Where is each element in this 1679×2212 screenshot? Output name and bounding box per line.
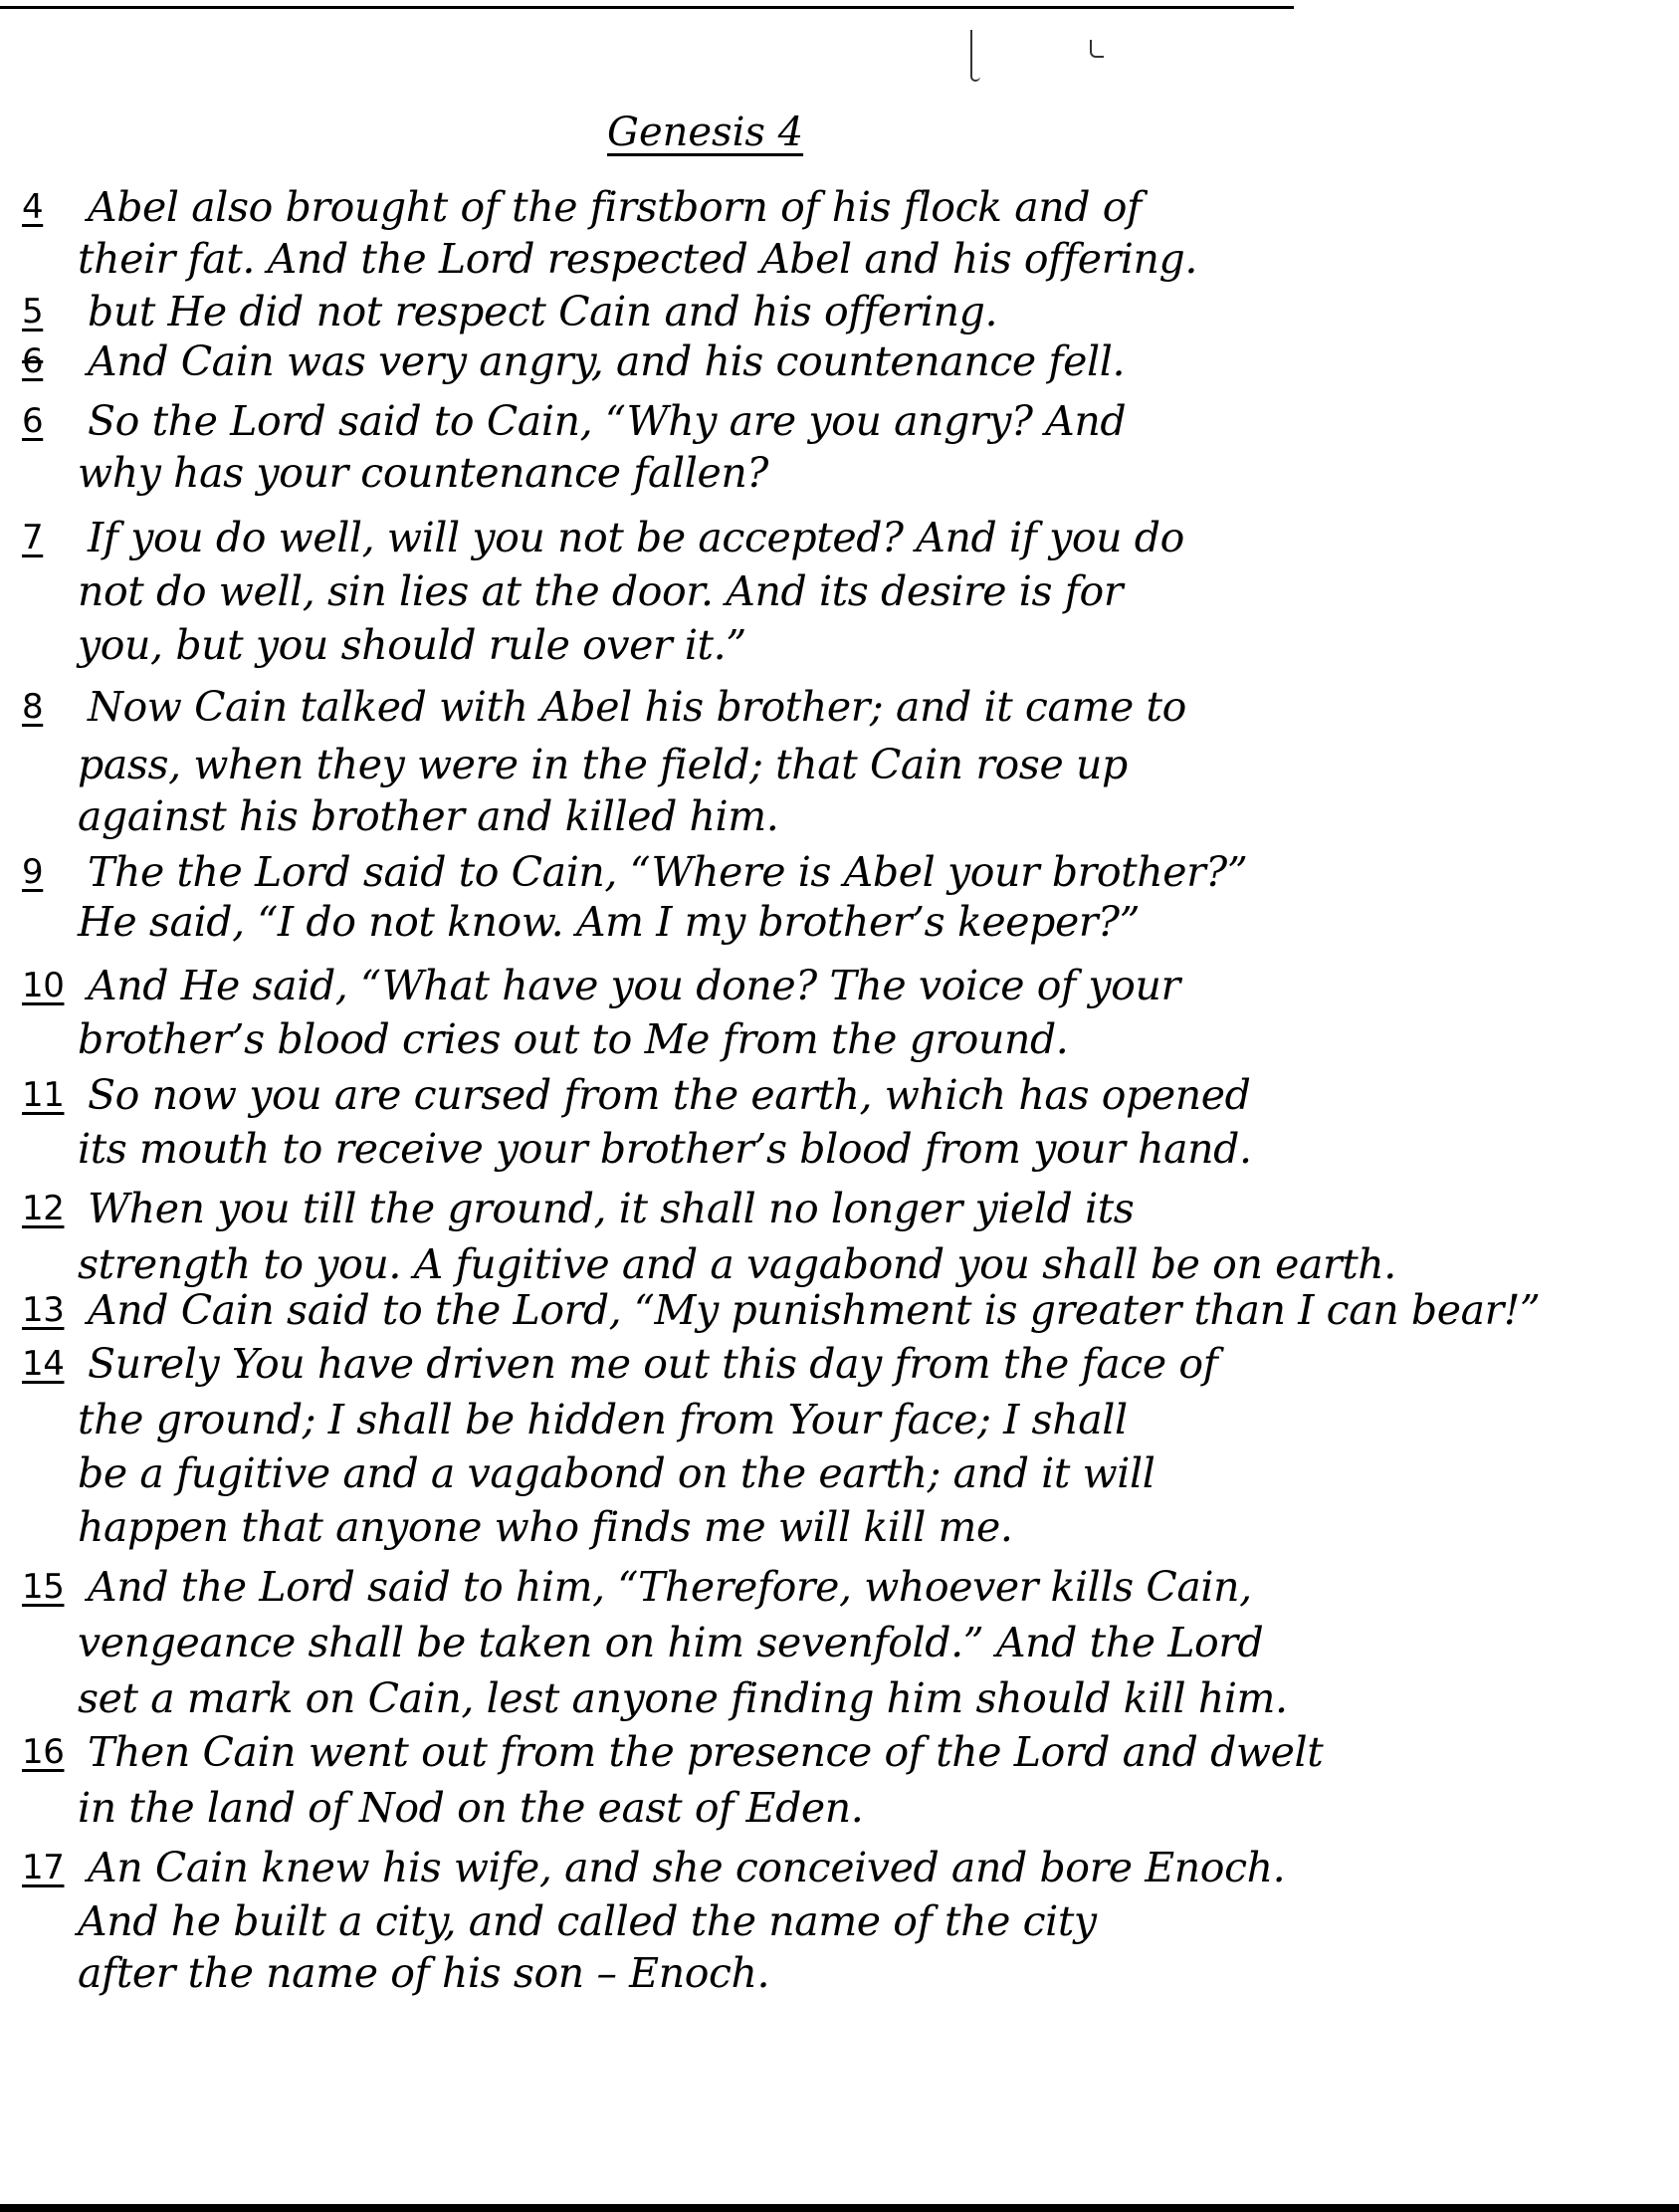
verse-line-start: 8Now Cain talked with Abel his brother; … bbox=[0, 679, 1679, 735]
verse-text: The the Lord said to Cain, “Where is Abe… bbox=[88, 844, 1247, 900]
verse-line-continuation: pass, when they were in the field; that … bbox=[0, 737, 1679, 792]
verse-text: be a fugitive and a vagabond on the eart… bbox=[78, 1445, 1154, 1501]
verse-line-start: 7If you do well, will you not be accepte… bbox=[0, 510, 1679, 565]
verse-text: And He said, “What have you done? The vo… bbox=[88, 958, 1180, 1013]
verse-number: 5 bbox=[22, 284, 74, 339]
verse-text: brother’s blood cries out to Me from the… bbox=[78, 1011, 1068, 1067]
verse-line-continuation: their fat. And the Lord respected Abel a… bbox=[0, 231, 1679, 287]
verse-line-start: 10And He said, “What have you done? The … bbox=[0, 958, 1679, 1013]
verse-number: 7 bbox=[22, 510, 74, 565]
verse-line-continuation: in the land of Nod on the east of Eden. bbox=[0, 1780, 1679, 1836]
verse-number: 11 bbox=[22, 1067, 74, 1123]
verse-line-continuation: against his brother and killed him. bbox=[0, 788, 1679, 844]
verse-text: its mouth to receive your brother’s bloo… bbox=[78, 1121, 1252, 1177]
verse-line-continuation: its mouth to receive your brother’s bloo… bbox=[0, 1121, 1679, 1177]
verse-number: 14 bbox=[22, 1336, 74, 1392]
verse-line-start: 6So the Lord said to Cain, “Why are you … bbox=[0, 393, 1679, 449]
verse-line-start: 12When you till the ground, it shall no … bbox=[0, 1181, 1679, 1236]
verse-line-continuation: be a fugitive and a vagabond on the eart… bbox=[0, 1445, 1679, 1501]
verse-text: pass, when they were in the field; that … bbox=[78, 737, 1128, 792]
verse-text: And the Lord said to him, “Therefore, wh… bbox=[88, 1559, 1252, 1615]
verse-line-continuation: brother’s blood cries out to Me from the… bbox=[0, 1011, 1679, 1067]
verse-line-start: 17An Cain knew his wife, and she conceiv… bbox=[0, 1840, 1679, 1895]
verse-text: Now Cain talked with Abel his brother; a… bbox=[88, 679, 1186, 735]
verse-line-start: 16Then Cain went out from the presence o… bbox=[0, 1724, 1679, 1780]
verse-number: 17 bbox=[22, 1840, 74, 1895]
verse-text: And Cain was very angry, and his counten… bbox=[88, 333, 1125, 389]
verse-text: after the name of his son – Enoch. bbox=[78, 1945, 769, 2001]
verse-text: An Cain knew his wife, and she conceived… bbox=[88, 1840, 1285, 1895]
stray-pen-mark bbox=[1090, 40, 1104, 58]
verse-line-start: 15And the Lord said to him, “Therefore, … bbox=[0, 1559, 1679, 1615]
verse-line-continuation: not do well, sin lies at the door. And i… bbox=[0, 563, 1679, 619]
verse-number: 10 bbox=[22, 958, 74, 1013]
verse-line-continuation: why has your countenance fallen? bbox=[0, 445, 1679, 501]
verse-text: Then Cain went out from the presence of … bbox=[88, 1724, 1323, 1780]
verse-line-continuation: after the name of his son – Enoch. bbox=[0, 1945, 1679, 2001]
verse-line-start: 14Surely You have driven me out this day… bbox=[0, 1336, 1679, 1392]
verse-text: happen that anyone who finds me will kil… bbox=[78, 1499, 1013, 1555]
scan-edge-bottom bbox=[0, 2204, 1679, 2212]
verse-text: in the land of Nod on the east of Eden. bbox=[78, 1780, 863, 1836]
verse-number: 6 bbox=[22, 393, 74, 449]
verse-text: And he built a city, and called the name… bbox=[78, 1893, 1097, 1949]
verse-line-continuation: you, but you should rule over it.” bbox=[0, 617, 1679, 673]
verse-text: Surely You have driven me out this day f… bbox=[88, 1336, 1217, 1392]
verse-number: 13 bbox=[22, 1282, 74, 1338]
verse-number: 9 bbox=[22, 844, 74, 900]
verse-line-start: 11So now you are cursed from the earth, … bbox=[0, 1067, 1679, 1123]
verse-text: set a mark on Cain, lest anyone finding … bbox=[78, 1670, 1288, 1726]
verse-line-continuation: And he built a city, and called the name… bbox=[0, 1893, 1679, 1949]
verse-number: 8 bbox=[22, 679, 74, 735]
verse-text: the ground; I shall be hidden from Your … bbox=[78, 1392, 1128, 1447]
verse-line-continuation: the ground; I shall be hidden from Your … bbox=[0, 1392, 1679, 1447]
verse-number: 4 bbox=[22, 179, 74, 235]
verse-line-continuation: He said, “I do not know. Am I my brother… bbox=[0, 894, 1679, 950]
verse-number: 15 bbox=[22, 1559, 74, 1615]
verse-line-start: 9The the Lord said to Cain, “Where is Ab… bbox=[0, 844, 1679, 900]
verse-text: When you till the ground, it shall no lo… bbox=[88, 1181, 1134, 1236]
verse-text: And Cain said to the Lord, “My punishmen… bbox=[88, 1282, 1540, 1338]
verse-line-continuation: happen that anyone who finds me will kil… bbox=[0, 1499, 1679, 1555]
verse-text: vengeance shall be taken on him sevenfol… bbox=[78, 1615, 1263, 1670]
stray-pen-mark bbox=[970, 30, 980, 82]
verse-number: 16 bbox=[22, 1724, 74, 1780]
verse-line-start: 5but He did not respect Cain and his off… bbox=[0, 284, 1679, 339]
verse-text: Abel also brought of the firstborn of hi… bbox=[88, 179, 1142, 235]
verse-text: So now you are cursed from the earth, wh… bbox=[88, 1067, 1250, 1123]
verse-number-struck: 6 bbox=[22, 333, 74, 389]
verse-number: 12 bbox=[22, 1181, 74, 1236]
scan-edge-top bbox=[0, 6, 1294, 9]
verse-line-start: 13And Cain said to the Lord, “My punishm… bbox=[0, 1282, 1679, 1338]
handwritten-page: Genesis 4 4Abel also brought of the firs… bbox=[0, 0, 1679, 2212]
verse-text: their fat. And the Lord respected Abel a… bbox=[78, 231, 1197, 287]
verse-line-continuation: set a mark on Cain, lest anyone finding … bbox=[0, 1670, 1679, 1726]
verse-text: He said, “I do not know. Am I my brother… bbox=[78, 894, 1140, 950]
page-title: Genesis 4 bbox=[607, 108, 906, 157]
verse-text: So the Lord said to Cain, “Why are you a… bbox=[88, 393, 1126, 449]
verse-text: If you do well, will you not be accepted… bbox=[88, 510, 1184, 565]
verse-text: against his brother and killed him. bbox=[78, 788, 778, 844]
verse-line-continuation: vengeance shall be taken on him sevenfol… bbox=[0, 1615, 1679, 1670]
verse-text: you, but you should rule over it.” bbox=[78, 617, 746, 673]
verse-line-start: 4Abel also brought of the firstborn of h… bbox=[0, 179, 1679, 235]
verse-text: but He did not respect Cain and his offe… bbox=[88, 284, 997, 339]
verse-text: why has your countenance fallen? bbox=[78, 445, 768, 501]
verse-line-start: 6And Cain was very angry, and his counte… bbox=[0, 333, 1679, 389]
verse-text: not do well, sin lies at the door. And i… bbox=[78, 563, 1123, 619]
